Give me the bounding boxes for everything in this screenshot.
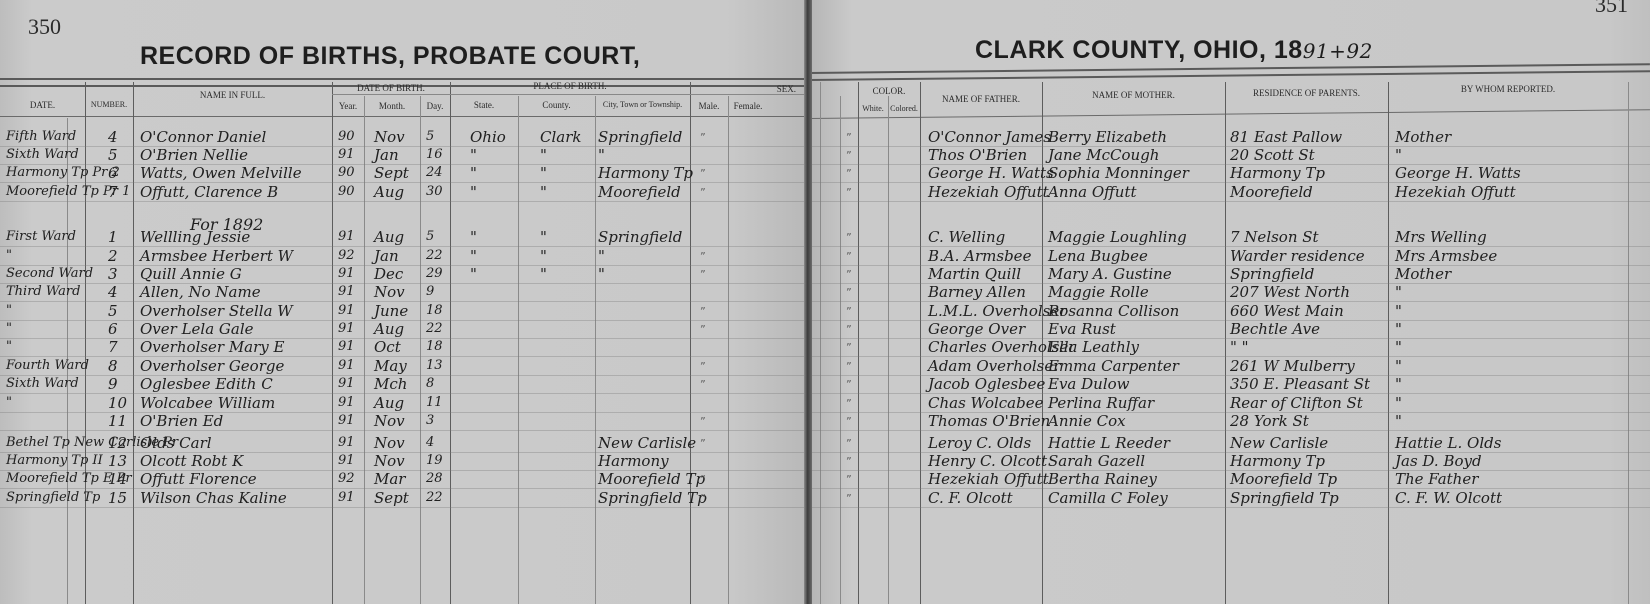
column-divider <box>858 82 859 604</box>
cell-residence: Rear of Clifton St <box>1230 394 1363 412</box>
row-rule <box>0 507 808 508</box>
cell-mother-name: Ella Leathly <box>1048 338 1139 356</box>
header-male: Male. <box>690 101 728 111</box>
header-bottom-rule <box>810 109 1650 119</box>
cell-reported-by: Hattie L. Olds <box>1395 434 1501 452</box>
cell-residence: New Carlisle <box>1230 434 1328 452</box>
cell-city: Harmony Tp <box>598 164 693 182</box>
right-page-number: 351 <box>1595 0 1628 18</box>
cell-mother-name: Bertha Rainey <box>1048 470 1157 488</box>
cell-residence: 207 West North <box>1230 283 1350 301</box>
male-mark: ” <box>700 415 706 428</box>
white-mark: ” <box>846 268 852 281</box>
header-name-of-father: NAME OF FATHER. <box>920 94 1042 104</box>
cell-father-name: Hezekiah Offutt <box>928 470 1049 488</box>
cell-year: 91 <box>338 265 355 283</box>
cell-father-name: Henry C. Olcott <box>928 452 1047 470</box>
cell-number: 1 <box>108 228 118 246</box>
cell-mother-name: Emma Carpenter <box>1048 357 1179 375</box>
cell-residence: " " <box>1230 338 1249 356</box>
cell-father-name: O'Connor James <box>928 128 1051 146</box>
cell-month: Aug <box>374 320 404 338</box>
cell-day: 4 <box>426 434 434 452</box>
cell-number: 11 <box>108 412 127 430</box>
male-mark: ” <box>700 473 706 486</box>
white-mark: ” <box>846 360 852 373</box>
white-mark: ” <box>846 323 852 336</box>
cell-reported-by: " <box>1395 283 1402 301</box>
cell-state: " <box>470 228 477 246</box>
cell-day: 9 <box>426 283 434 301</box>
male-mark: ” <box>700 186 706 199</box>
cell-father-name: Martin Quill <box>928 265 1021 283</box>
cell-number: 13 <box>108 452 127 470</box>
header-top-rule <box>810 63 1650 81</box>
cell-year: 92 <box>338 247 355 265</box>
row-rule <box>0 146 808 147</box>
cell-name-in-full: Wellling Jessie <box>140 228 250 246</box>
cell-name-in-full: O'Brien Nellie <box>140 146 248 164</box>
cell-reported-by: Mother <box>1395 128 1451 146</box>
row-rule <box>0 201 808 202</box>
right-title-year: 91+92 <box>1303 39 1373 63</box>
cell-number: 14 <box>108 470 127 488</box>
cell-year: 91 <box>338 320 355 338</box>
cell-residence: 261 W Mulberry <box>1230 357 1355 375</box>
cell-day: 30 <box>426 183 443 201</box>
cell-county: " <box>540 146 547 164</box>
cell-number: 3 <box>108 265 118 283</box>
cell-father-name: L.M.L. Overholser <box>928 302 1066 320</box>
cell-day: 22 <box>426 247 443 265</box>
cell-father-name: Chas Wolcabee <box>928 394 1043 412</box>
cell-reported-by: " <box>1395 338 1402 356</box>
cell-year: 91 <box>338 228 355 246</box>
cell-day: 13 <box>426 357 443 375</box>
cell-date: Fifth Ward <box>6 128 76 146</box>
cell-residence: Moorefield <box>1230 183 1313 201</box>
cell-father-name: Thomas O'Brien <box>928 412 1050 430</box>
white-mark: ” <box>846 437 852 450</box>
cell-date: Third Ward <box>6 283 80 301</box>
cell-name-in-full: Quill Annie G <box>140 265 242 283</box>
cell-father-name: C. F. Olcott <box>928 489 1013 507</box>
cell-residence: Bechtle Ave <box>1230 320 1320 338</box>
cell-mother-name: Maggie Loughling <box>1048 228 1187 246</box>
cell-reported-by: Jas D. Boyd <box>1395 452 1482 470</box>
cell-date: " <box>6 338 12 356</box>
male-mark: ” <box>700 378 706 391</box>
cell-father-name: George H. Watts <box>928 164 1054 182</box>
white-mark: ” <box>846 305 852 318</box>
cell-month: Nov <box>374 128 405 146</box>
cell-city: " <box>598 146 605 164</box>
cell-day: 29 <box>426 265 443 283</box>
cell-state: " <box>470 247 477 265</box>
cell-month: Aug <box>374 183 404 201</box>
cell-day: 22 <box>426 489 443 507</box>
right-title-text: CLARK COUNTY, OHIO, 18 <box>975 36 1303 64</box>
male-mark: ” <box>700 167 706 180</box>
column-divider <box>1225 82 1226 604</box>
cell-reported-by: Mrs Welling <box>1395 228 1487 246</box>
white-mark: ” <box>846 341 852 354</box>
cell-state: " <box>470 183 477 201</box>
cell-city: Springfield Tp <box>598 489 707 507</box>
header-state: State. <box>450 100 518 110</box>
cell-month: Mch <box>374 375 407 393</box>
male-mark: ” <box>700 437 706 450</box>
cell-name-in-full: Armsbee Herbert W <box>140 247 293 265</box>
cell-mother-name: Annie Cox <box>1048 412 1126 430</box>
cell-city: Springfield <box>598 128 682 146</box>
cell-month: Nov <box>374 434 405 452</box>
cell-day: 22 <box>426 320 443 338</box>
white-mark: ” <box>846 131 852 144</box>
cell-father-name: B.A. Armsbee <box>928 247 1031 265</box>
cell-reported-by: Mrs Armsbee <box>1395 247 1497 265</box>
cell-mother-name: Rosanna Collison <box>1048 302 1179 320</box>
column-divider <box>1388 82 1389 604</box>
cell-month: June <box>374 302 408 320</box>
cell-mother-name: Perlina Ruffar <box>1048 394 1154 412</box>
cell-day: 5 <box>426 228 434 246</box>
cell-year: 91 <box>338 357 355 375</box>
white-mark: ” <box>846 286 852 299</box>
cell-city: Harmony <box>598 452 669 470</box>
white-mark: ” <box>846 231 852 244</box>
cell-reported-by: " <box>1395 357 1402 375</box>
cell-father-name: Jacob Oglesbee <box>928 375 1045 393</box>
cell-day: 19 <box>426 452 443 470</box>
cell-date: " <box>6 320 12 338</box>
header-name-in-full: NAME IN FULL. <box>133 90 332 100</box>
header-day: Day. <box>420 101 450 111</box>
header-sex: SEX. <box>690 84 808 94</box>
cell-day: 3 <box>426 412 434 430</box>
male-mark: ” <box>700 323 706 336</box>
cell-name-in-full: O'Connor Daniel <box>140 128 266 146</box>
column-divider <box>888 96 889 604</box>
cell-reported-by: The Father <box>1395 470 1478 488</box>
left-page-number: 350 <box>28 14 61 40</box>
cell-day: 28 <box>426 470 443 488</box>
cell-number: 4 <box>108 128 118 146</box>
male-mark: ” <box>700 492 706 505</box>
cell-year: 91 <box>338 283 355 301</box>
right-ledger-page: 351 CLARK COUNTY, OHIO, 1891+92 COLOR. W… <box>810 0 1650 604</box>
column-divider <box>85 82 86 604</box>
cell-mother-name: Berry Elizabeth <box>1048 128 1167 146</box>
subheader-rule <box>332 94 808 95</box>
cell-residence: 350 E. Pleasant St <box>1230 375 1370 393</box>
male-mark: ” <box>700 131 706 144</box>
cell-reported-by: " <box>1395 375 1402 393</box>
cell-mother-name: Maggie Rolle <box>1048 283 1149 301</box>
cell-mother-name: Sophia Monninger <box>1048 164 1189 182</box>
row-rule <box>810 507 1650 508</box>
cell-year: 92 <box>338 470 355 488</box>
column-divider <box>332 82 333 604</box>
cell-reported-by: " <box>1395 394 1402 412</box>
left-ledger-page: 350 RECORD OF BIRTHS, PROBATE COURT, DAT… <box>0 0 810 604</box>
cell-county: " <box>540 265 547 283</box>
cell-day: 8 <box>426 375 434 393</box>
header-date-of-birth: DATE OF BIRTH. <box>332 83 450 93</box>
male-mark: ” <box>700 305 706 318</box>
cell-name-in-full: Over Lela Gale <box>140 320 254 338</box>
cell-city: " <box>598 247 605 265</box>
cell-mother-name: Anna Offutt <box>1048 183 1137 201</box>
cell-mother-name: Camilla C Foley <box>1048 489 1168 507</box>
cell-name-in-full: Overholser George <box>140 357 284 375</box>
white-mark: ” <box>846 455 852 468</box>
column-divider <box>820 82 821 604</box>
row-rule <box>810 201 1650 202</box>
cell-reported-by: George H. Watts <box>1395 164 1521 182</box>
cell-number: 6 <box>108 164 118 182</box>
header-place-of-birth: PLACE OF BIRTH. <box>450 81 690 91</box>
cell-residence: 81 East Pallow <box>1230 128 1342 146</box>
cell-date: " <box>6 247 12 265</box>
cell-number: 7 <box>108 183 118 201</box>
column-divider <box>518 96 519 604</box>
row-rule <box>0 246 808 247</box>
cell-reported-by: Hezekiah Offutt <box>1395 183 1516 201</box>
cell-month: Nov <box>374 283 405 301</box>
cell-month: May <box>374 357 407 375</box>
cell-father-name: Hezekiah Offutt <box>928 183 1049 201</box>
cell-county: Clark <box>540 128 581 146</box>
cell-number: 10 <box>108 394 127 412</box>
cell-number: 9 <box>108 375 118 393</box>
column-divider <box>1628 82 1629 604</box>
cell-date: Harmony Tp Pr 2 <box>6 164 120 182</box>
cell-number: 8 <box>108 357 118 375</box>
cell-county: " <box>540 228 547 246</box>
cell-reported-by: C. F. W. Olcott <box>1395 489 1502 507</box>
cell-year: 91 <box>338 302 355 320</box>
cell-name-in-full: Offutt, Clarence B <box>140 183 278 201</box>
cell-reported-by: Mother <box>1395 265 1451 283</box>
cell-name-in-full: Allen, No Name <box>140 283 261 301</box>
cell-month: Oct <box>374 338 401 356</box>
cell-number: 7 <box>108 338 118 356</box>
right-page-title: CLARK COUNTY, OHIO, 1891+92 <box>975 36 1373 65</box>
white-mark: ” <box>846 397 852 410</box>
cell-city: Springfield <box>598 228 682 246</box>
cell-month: Nov <box>374 412 405 430</box>
cell-month: Jan <box>374 146 399 164</box>
column-divider <box>690 82 691 604</box>
white-mark: ” <box>846 378 852 391</box>
cell-mother-name: Lena Bugbee <box>1048 247 1148 265</box>
cell-city: Moorefield <box>598 183 681 201</box>
cell-reported-by: " <box>1395 146 1402 164</box>
column-divider <box>840 96 841 604</box>
header-by-whom-reported: BY WHOM REPORTED. <box>1388 84 1628 94</box>
cell-year: 91 <box>338 146 355 164</box>
cell-year: 90 <box>338 164 355 182</box>
cell-city: " <box>598 265 605 283</box>
male-mark: ” <box>700 250 706 263</box>
header-colored: Colored. <box>888 104 920 113</box>
cell-mother-name: Hattie L Reeder <box>1048 434 1170 452</box>
cell-day: 11 <box>426 394 443 412</box>
cell-name-in-full: Overholser Mary E <box>140 338 285 356</box>
cell-day: 18 <box>426 338 443 356</box>
white-mark: ” <box>846 149 852 162</box>
cell-day: 18 <box>426 302 443 320</box>
header-female: Female. <box>728 101 768 111</box>
cell-city: New Carlisle <box>598 434 696 452</box>
cell-state: " <box>470 265 477 283</box>
white-mark: ” <box>846 186 852 199</box>
cell-year: 91 <box>338 412 355 430</box>
cell-number: 15 <box>108 489 127 507</box>
header-white: White. <box>858 104 888 113</box>
cell-residence: 20 Scott St <box>1230 146 1315 164</box>
cell-residence: 660 West Main <box>1230 302 1344 320</box>
cell-father-name: George Over <box>928 320 1025 338</box>
cell-month: Sept <box>374 489 409 507</box>
cell-reported-by: " <box>1395 412 1402 430</box>
row-rule <box>0 265 808 266</box>
cell-year: 91 <box>338 375 355 393</box>
column-divider <box>920 82 921 604</box>
cell-residence: 28 York St <box>1230 412 1309 430</box>
cell-county: " <box>540 164 547 182</box>
cell-reported-by: " <box>1395 302 1402 320</box>
cell-year: 91 <box>338 452 355 470</box>
cell-mother-name: Jane McCough <box>1048 146 1159 164</box>
cell-mother-name: Sarah Gazell <box>1048 452 1145 470</box>
cell-month: Aug <box>374 228 404 246</box>
cell-father-name: Adam Overholser <box>928 357 1060 375</box>
male-mark: ” <box>700 268 706 281</box>
cell-name-in-full: O'Brien Ed <box>140 412 223 430</box>
white-mark: ” <box>846 250 852 263</box>
column-divider <box>450 82 451 604</box>
cell-month: Nov <box>374 452 405 470</box>
header-name-of-mother: NAME OF MOTHER. <box>1042 90 1225 100</box>
header-year: Year. <box>332 101 364 111</box>
cell-number: 4 <box>108 283 118 301</box>
cell-number: 12 <box>108 434 127 452</box>
cell-date: Fourth Ward <box>6 357 89 375</box>
cell-father-name: Barney Allen <box>928 283 1026 301</box>
header-county: County. <box>518 100 595 110</box>
column-divider <box>420 96 421 604</box>
header-city: City, Town or Township. <box>595 100 690 109</box>
cell-year: 91 <box>338 489 355 507</box>
cell-month: Mar <box>374 470 405 488</box>
header-color: COLOR. <box>858 86 920 96</box>
cell-day: 5 <box>426 128 434 146</box>
cell-month: Aug <box>374 394 404 412</box>
header-date: DATE. <box>0 100 85 110</box>
row-rule <box>0 338 808 339</box>
cell-name-in-full: Wolcabee William <box>140 394 275 412</box>
cell-residence: 7 Nelson St <box>1230 228 1319 246</box>
cell-mother-name: Mary A. Gustine <box>1048 265 1172 283</box>
cell-residence: Warder residence <box>1230 247 1365 265</box>
cell-date: " <box>6 394 12 412</box>
header-month: Month. <box>364 101 420 111</box>
cell-number: 6 <box>108 320 118 338</box>
cell-name-in-full: Wilson Chas Kaline <box>140 489 287 507</box>
header-residence-of-parents: RESIDENCE OF PARENTS. <box>1225 88 1388 98</box>
cell-name-in-full: Offutt Florence <box>140 470 257 488</box>
cell-father-name: Thos O'Brien <box>928 146 1027 164</box>
white-mark: ” <box>846 492 852 505</box>
book-gutter <box>804 0 812 604</box>
row-rule <box>0 430 808 431</box>
cell-city: Moorefield Tp <box>598 470 705 488</box>
cell-state: Ohio <box>470 128 506 146</box>
cell-date: Second Ward <box>6 265 93 283</box>
cell-date: Springfield Tp <box>6 489 100 507</box>
column-divider <box>364 96 365 604</box>
cell-county: " <box>540 247 547 265</box>
header-bottom-rule <box>0 116 808 117</box>
cell-year: 91 <box>338 394 355 412</box>
cell-reported-by: " <box>1395 320 1402 338</box>
white-mark: ” <box>846 473 852 486</box>
cell-date: First Ward <box>6 228 76 246</box>
cell-residence: Moorefield Tp <box>1230 470 1337 488</box>
cell-mother-name: Eva Dulow <box>1048 375 1130 393</box>
male-mark: ” <box>700 360 706 373</box>
cell-day: 16 <box>426 146 443 164</box>
left-page-title: RECORD OF BIRTHS, PROBATE COURT, <box>140 42 640 71</box>
cell-father-name: C. Welling <box>928 228 1005 246</box>
cell-day: 24 <box>426 164 443 182</box>
cell-date: Harmony Tp II <box>6 452 103 470</box>
cell-date: " <box>6 302 12 320</box>
column-divider <box>133 82 134 604</box>
cell-state: " <box>470 146 477 164</box>
cell-date: Sixth Ward <box>6 375 79 393</box>
cell-number: 5 <box>108 146 118 164</box>
cell-name-in-full: Olds Carl <box>140 434 212 452</box>
cell-father-name: Leroy C. Olds <box>928 434 1031 452</box>
cell-name-in-full: Olcott Robt K <box>140 452 243 470</box>
cell-residence: Springfield Tp <box>1230 489 1339 507</box>
row-rule <box>810 430 1650 431</box>
cell-year: 90 <box>338 183 355 201</box>
cell-name-in-full: Watts, Owen Melville <box>140 164 302 182</box>
cell-year: 90 <box>338 128 355 146</box>
cell-number: 5 <box>108 302 118 320</box>
cell-year: 91 <box>338 338 355 356</box>
cell-month: Dec <box>374 265 403 283</box>
cell-residence: Harmony Tp <box>1230 164 1325 182</box>
cell-state: " <box>470 164 477 182</box>
cell-date: Sixth Ward <box>6 146 79 164</box>
cell-mother-name: Eva Rust <box>1048 320 1116 338</box>
white-mark: ” <box>846 167 852 180</box>
cell-number: 2 <box>108 247 118 265</box>
cell-county: " <box>540 183 547 201</box>
white-mark: ” <box>846 415 852 428</box>
cell-name-in-full: Overholser Stella W <box>140 302 293 320</box>
header-number: NUMBER. <box>85 100 133 109</box>
column-divider <box>595 96 596 604</box>
column-divider <box>728 96 729 604</box>
cell-year: 91 <box>338 434 355 452</box>
cell-month: Jan <box>374 247 399 265</box>
